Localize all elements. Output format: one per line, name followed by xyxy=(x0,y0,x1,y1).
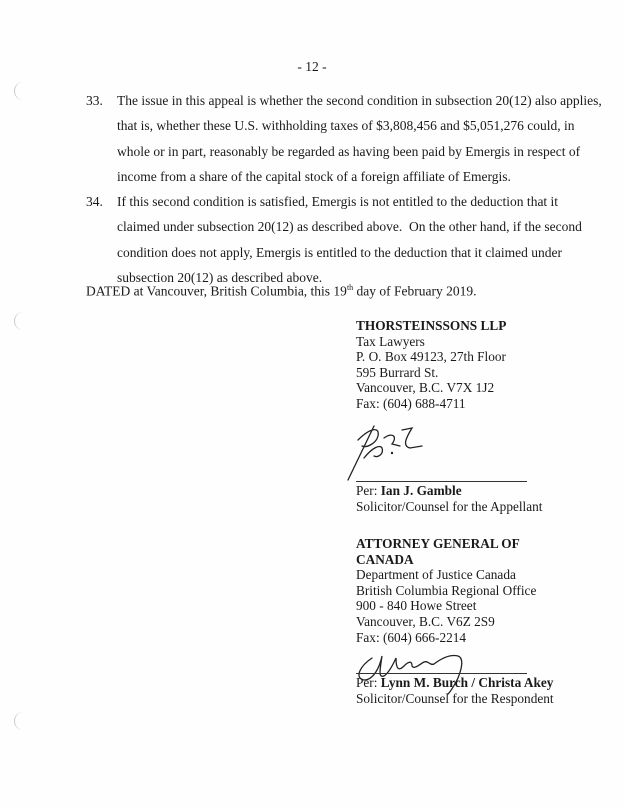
binder-hole-mark xyxy=(14,312,23,330)
appellant-signature xyxy=(340,418,430,488)
appellant-counsel-block: THORSTEINSSONS LLP Tax Lawyers P. O. Box… xyxy=(356,318,506,412)
address-line: Tax Lawyers xyxy=(356,334,506,350)
binder-hole-mark xyxy=(14,82,23,100)
per-label: Per: xyxy=(356,675,381,690)
paragraph-line: whole or in part, reasonably be regarded… xyxy=(117,139,546,164)
paragraph-line: income from a share of the capital stock… xyxy=(117,164,546,189)
paragraph-33: 33. The issue in this appeal is whether … xyxy=(86,88,546,189)
paragraph-line: claimed under subsection 20(12) as descr… xyxy=(117,214,546,239)
address-line: Department of Justice Canada xyxy=(356,567,536,583)
firm-name: CANADA xyxy=(356,552,536,568)
respondent-signatory-block: Per: Lynn M. Burch / Christa Akey Solici… xyxy=(356,675,554,706)
page-number: - 12 - xyxy=(0,59,624,75)
binder-hole-mark xyxy=(14,712,23,730)
signature-line xyxy=(356,673,527,674)
signatory-role: Solicitor/Counsel for the Appellant xyxy=(356,499,543,515)
paragraph-number: 33. xyxy=(86,88,103,113)
document-page: - 12 - 33. The issue in this appeal is w… xyxy=(0,0,624,807)
fax-line: Fax: (604) 688-4711 xyxy=(356,396,506,412)
paragraph-number: 34. xyxy=(86,189,103,214)
appellant-signatory-block: Per: Ian J. Gamble Solicitor/Counsel for… xyxy=(356,483,543,514)
dated-text: DATED at Vancouver, British Columbia, th… xyxy=(86,284,347,299)
address-line: British Columbia Regional Office xyxy=(356,583,536,599)
signatory-line: Per: Lynn M. Burch / Christa Akey xyxy=(356,675,554,691)
signatory-role: Solicitor/Counsel for the Respondent xyxy=(356,691,554,707)
paragraph-line: If this second condition is satisfied, E… xyxy=(117,189,546,214)
address-line: Vancouver, B.C. V7X 1J2 xyxy=(356,380,506,396)
dated-line: DATED at Vancouver, British Columbia, th… xyxy=(86,283,477,300)
per-label: Per: xyxy=(356,483,381,498)
address-line: P. O. Box 49123, 27th Floor xyxy=(356,349,506,365)
signature-line xyxy=(356,481,527,482)
firm-name: ATTORNEY GENERAL OF xyxy=(356,536,536,552)
dated-text-rest: day of February 2019. xyxy=(353,284,476,299)
signatory-line: Per: Ian J. Gamble xyxy=(356,483,543,499)
paragraph-line: that is, whether these U.S. withholding … xyxy=(117,113,546,138)
firm-name: THORSTEINSSONS LLP xyxy=(356,318,506,334)
signatory-name: Lynn M. Burch / Christa Akey xyxy=(381,675,554,690)
paragraph-line: The issue in this appeal is whether the … xyxy=(117,88,546,113)
respondent-counsel-block: ATTORNEY GENERAL OF CANADA Department of… xyxy=(356,536,536,645)
paragraph-34: 34. If this second condition is satisfie… xyxy=(86,189,546,290)
paragraph-line: condition does not apply, Emergis is ent… xyxy=(117,240,546,265)
address-line: 900 - 840 Howe Street xyxy=(356,598,536,614)
address-line: Vancouver, B.C. V6Z 2S9 xyxy=(356,614,536,630)
signatory-name: Ian J. Gamble xyxy=(381,483,462,498)
address-line: 595 Burrard St. xyxy=(356,365,506,381)
